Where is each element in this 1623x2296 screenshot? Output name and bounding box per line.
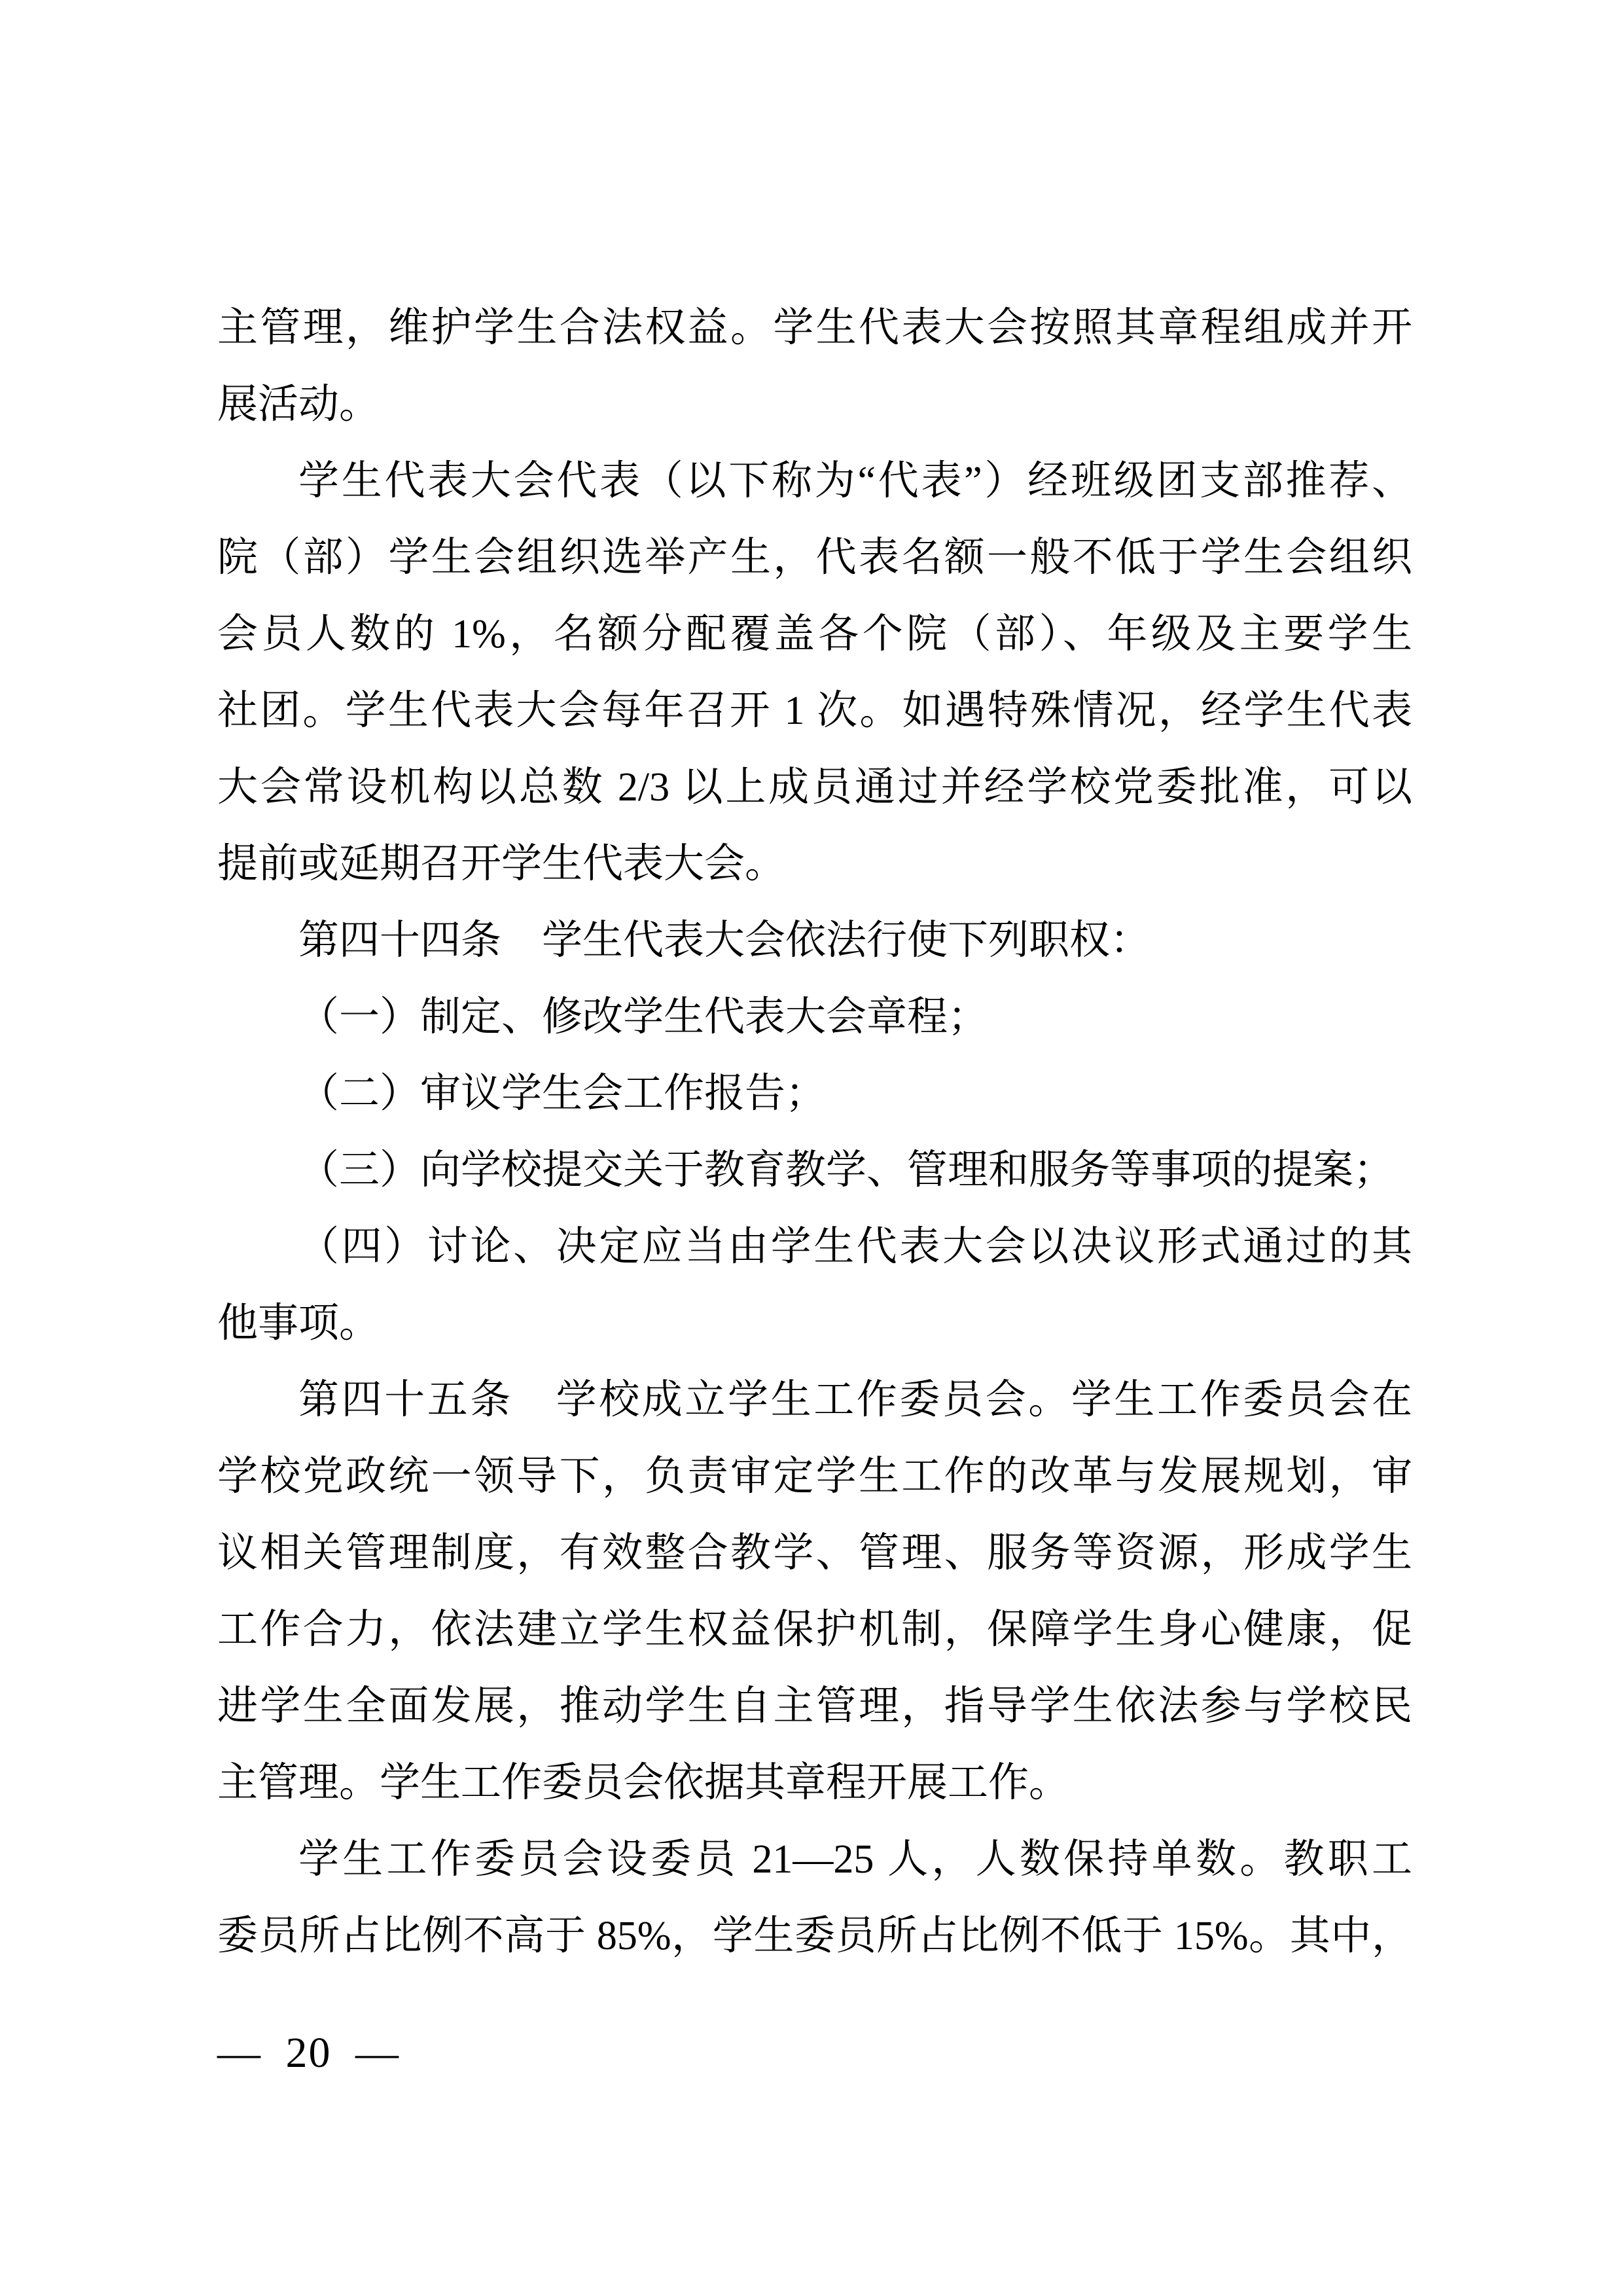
- document-body: 主管理，维护学生合法权益。学生代表大会按照其章程组成并开展活动。 学生代表大会代…: [217, 290, 1412, 1975]
- committee-composition-paragraph: 学生工作委员会设委员 21—25 人，人数保持单数。教职工委员所占比例不高于 8…: [217, 1821, 1412, 1975]
- text-line: 他事项。: [217, 1285, 1412, 1362]
- text-line: 院（部）学生会组织选举产生，代表名额一般不低于学生会组织: [217, 520, 1412, 596]
- text-line: 提前或延期召开学生代表大会。: [217, 826, 1412, 903]
- congress-delegates-paragraph: 学生代表大会代表（以下称为“代表”）经班级团支部推荐、院（部）学生会组织选举产生…: [217, 443, 1412, 903]
- text-line: 议相关管理制度，有效整合教学、管理、服务等资源，形成学生: [217, 1515, 1412, 1592]
- text-line: 社团。学生代表大会每年召开 1 次。如遇特殊情况，经学生代表: [217, 673, 1412, 749]
- text-line: 学生工作委员会设委员 21—25 人，人数保持单数。教职工: [217, 1821, 1412, 1898]
- article-44-heading-paragraph: 第四十四条 学生代表大会依法行使下列职权：: [217, 903, 1412, 979]
- text-line: 会员人数的 1%，名额分配覆盖各个院（部）、年级及主要学生: [217, 596, 1412, 673]
- text-line: 学生代表大会代表（以下称为“代表”）经班级团支部推荐、: [217, 443, 1412, 520]
- text-line: 第四十五条 学校成立学生工作委员会。学生工作委员会在: [217, 1362, 1412, 1439]
- text-line: （一）制定、修改学生代表大会章程；: [217, 979, 1412, 1056]
- text-line: （三）向学校提交关于教育教学、管理和服务等事项的提案；: [217, 1132, 1412, 1209]
- text-line: （四）讨论、决定应当由学生代表大会以决议形式通过的其: [217, 1209, 1412, 1285]
- text-line: 主管理，维护学生合法权益。学生代表大会按照其章程组成并开: [217, 290, 1412, 367]
- article-45-paragraph: 第四十五条 学校成立学生工作委员会。学生工作委员会在学校党政统一领导下，负责审定…: [217, 1362, 1412, 1821]
- text-line: 学校党政统一领导下，负责审定学生工作的改革与发展规划，审: [217, 1439, 1412, 1515]
- article-44-clause-3: （三）向学校提交关于教育教学、管理和服务等事项的提案；: [217, 1132, 1412, 1209]
- page-number: — 20 —: [217, 2029, 400, 2077]
- text-line: 进学生全面发展，推动学生自主管理，指导学生依法参与学校民: [217, 1668, 1412, 1745]
- article-44-clause-4: （四）讨论、决定应当由学生代表大会以决议形式通过的其他事项。: [217, 1209, 1412, 1362]
- text-line: 展活动。: [217, 367, 1412, 443]
- text-line: 主管理。学生工作委员会依据其章程开展工作。: [217, 1745, 1412, 1821]
- text-line: （二）审议学生会工作报告；: [217, 1056, 1412, 1132]
- document-page: 主管理，维护学生合法权益。学生代表大会按照其章程组成并开展活动。 学生代表大会代…: [0, 0, 1623, 2296]
- text-line: 第四十四条 学生代表大会依法行使下列职权：: [217, 903, 1412, 979]
- continuation-paragraph: 主管理，维护学生合法权益。学生代表大会按照其章程组成并开展活动。: [217, 290, 1412, 443]
- text-line: 委员所占比例不高于 85%，学生委员所占比例不低于 15%。其中，: [217, 1898, 1412, 1975]
- article-44-clause-1: （一）制定、修改学生代表大会章程；: [217, 979, 1412, 1056]
- article-44-clause-2: （二）审议学生会工作报告；: [217, 1056, 1412, 1132]
- text-line: 大会常设机构以总数 2/3 以上成员通过并经学校党委批准，可以: [217, 749, 1412, 826]
- text-line: 工作合力，依法建立学生权益保护机制，保障学生身心健康，促: [217, 1592, 1412, 1668]
- page-footer: — 20 —: [217, 2026, 400, 2080]
